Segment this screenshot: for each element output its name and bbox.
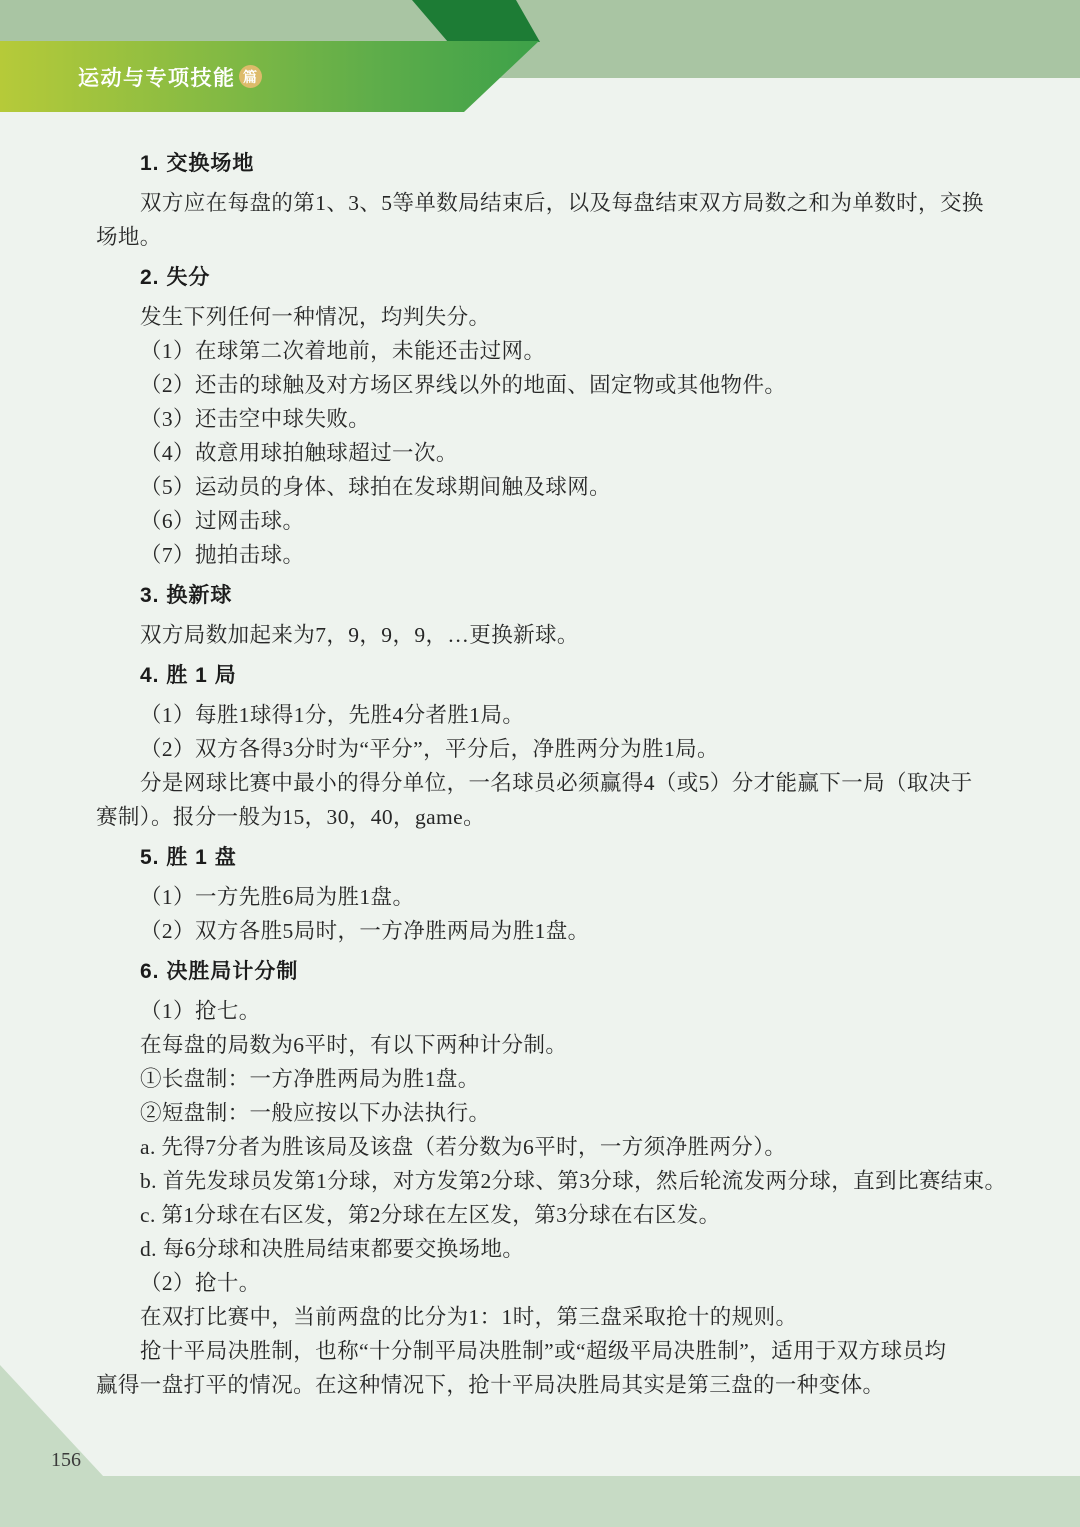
page-number: 156 (51, 1448, 81, 1472)
text-line: 双方应在每盘的第1、3、5等单数局结束后，以及每盘结束双方局数之和为单数时，交换 (96, 186, 988, 220)
text-line: 在双打比赛中，当前两盘的比分为1：1时，第三盘采取抢十的规则。 (96, 1300, 988, 1334)
text-line: b. 首先发球员发第1分球，对方发第2分球、第3分球，然后轮流发两分球，直到比赛… (96, 1164, 988, 1198)
text-line: ②短盘制：一般应按以下办法执行。 (96, 1096, 988, 1130)
text-line: （2）抢十。 (96, 1266, 988, 1300)
text-line: （4）故意用球拍触球超过一次。 (96, 436, 988, 470)
volume-badge-icon: 篇 (239, 65, 262, 88)
section-heading: 3. 换新球 (96, 579, 988, 613)
text-line: a. 先得7分者为胜该局及该盘（若分数为6平时，一方须净胜两分）。 (96, 1130, 988, 1164)
bottom-band (0, 1476, 1080, 1527)
text-line: 场地。 (96, 220, 988, 254)
text-line: （2）双方各得3分时为“平分”，平分后，净胜两分为胜1局。 (96, 732, 988, 766)
text-line: （2）双方各胜5局时，一方净胜两局为胜1盘。 (96, 914, 988, 948)
text-line: 双方局数加起来为7，9，9，9，…更换新球。 (96, 618, 988, 652)
text-line: （1）抢七。 (96, 994, 988, 1028)
text-line: （2）还击的球触及对方场区界线以外的地面、固定物或其他物件。 (96, 368, 988, 402)
text-line: 抢十平局决胜制，也称“十分制平局决胜制”或“超级平局决胜制”，适用于双方球员均 (96, 1334, 988, 1368)
text-line: （1）在球第二次着地前，未能还击过网。 (96, 334, 988, 368)
text-line: （1）每胜1球得1分，先胜4分者胜1局。 (96, 698, 988, 732)
content: 1. 交换场地双方应在每盘的第1、3、5等单数局结束后，以及每盘结束双方局数之和… (96, 140, 988, 1402)
text-line: 发生下列任何一种情况，均判失分。 (96, 300, 988, 334)
header-banner: 运动与专项技能 篇 (0, 41, 539, 112)
section-heading: 5. 胜 1 盘 (96, 841, 988, 875)
text-line: （1）一方先胜6局为胜1盘。 (96, 880, 988, 914)
text-line: c. 第1分球在右区发，第2分球在左区发，第3分球在右区发。 (96, 1198, 988, 1232)
text-line: 在每盘的局数为6平时，有以下两种计分制。 (96, 1028, 988, 1062)
text-line: （7）抛拍击球。 (96, 538, 988, 572)
text-line: （5）运动员的身体、球拍在发球期间触及球网。 (96, 470, 988, 504)
text-line: （6）过网击球。 (96, 504, 988, 538)
section-heading: 1. 交换场地 (96, 147, 988, 181)
header-title: 运动与专项技能 (78, 62, 236, 92)
text-line: d. 每6分球和决胜局结束都要交换场地。 (96, 1232, 988, 1266)
section-heading: 6. 决胜局计分制 (96, 955, 988, 989)
text-line: 赢得一盘打平的情况。在这种情况下，抢十平局决胜局其实是第三盘的一种变体。 (96, 1368, 988, 1402)
section-heading: 2. 失分 (96, 261, 988, 295)
text-line: 分是网球比赛中最小的得分单位，一名球员必须赢得4（或5）分才能赢下一局（取决于 (96, 766, 988, 800)
text-line: 赛制）。报分一般为15，30，40，game。 (96, 800, 988, 834)
text-line: （3）还击空中球失败。 (96, 402, 988, 436)
text-line: ①长盘制：一方净胜两局为胜1盘。 (96, 1062, 988, 1096)
section-heading: 4. 胜 1 局 (96, 659, 988, 693)
